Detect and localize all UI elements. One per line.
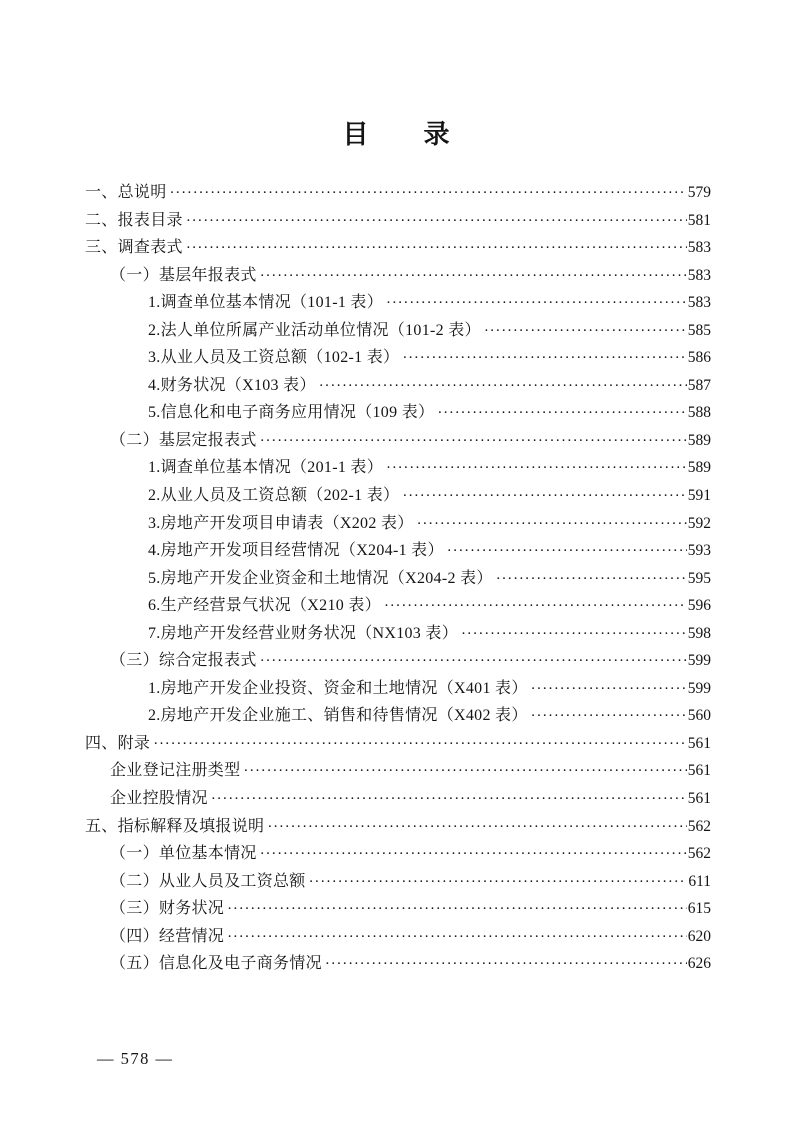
toc-entry-label: 五、指标解释及填报说明 [85,813,264,841]
toc-entry-label: 3.从业人员及工资总额（102-1 表） [148,344,399,372]
toc-leader-dots: ········································… [384,593,687,621]
toc-entry: 2.法人单位所属产业活动单位情况（101-2 表）···············… [85,317,711,345]
toc-entry: 四、附录····································… [85,730,711,758]
toc-entry: 一、总说明···································… [85,179,711,207]
toc-entry-page: 579 [688,179,711,207]
toc-entry-label: （五）信息化及电子商务情况 [110,950,322,978]
toc-leader-dots: ········································… [227,924,687,952]
toc-entry-label: （二）基层定报表式 [110,427,257,455]
toc-leader-dots: ········································… [260,428,687,456]
toc-leader-dots: ········································… [531,703,687,731]
toc-entry-label: 2.法人单位所属产业活动单位情况（101-2 表） [148,317,481,345]
page-title: 目 录 [0,114,793,151]
toc-leader-dots: ········································… [496,566,687,594]
toc-list: 一、总说明···································… [85,179,711,978]
toc-leader-dots: ········································… [260,648,687,676]
toc-entry-page: 626 [688,950,711,978]
toc-entry: 3.从业人员及工资总额（102-1 表）····················… [85,344,711,372]
toc-entry-page: 591 [688,482,711,510]
toc-entry-page: 587 [688,372,711,400]
toc-leader-dots: ········································… [447,538,687,566]
toc-leader-dots: ········································… [309,869,688,897]
toc-entry-page: 561 [688,730,711,758]
toc-entry-page: 589 [688,427,711,455]
toc-entry: 企业控股情况··································… [85,785,711,813]
toc-entry-label: 6.生产经营景气状况（X210 表） [148,592,381,620]
toc-entry-label: 一、总说明 [85,179,167,207]
toc-leader-dots: ········································… [417,511,687,539]
toc-entry-page: 611 [688,868,711,896]
toc-entry: 5.信息化和电子商务应用情况（109 表）···················… [85,399,711,427]
toc-entry-label: 5.房地产开发企业资金和土地情况（X204-2 表） [148,565,493,593]
toc-leader-dots: ········································… [186,208,687,236]
toc-entry: 4.财务状况（X103 表）··························… [85,372,711,400]
toc-entry-label: 4.财务状况（X103 表） [148,372,316,400]
toc-leader-dots: ········································… [402,345,686,373]
toc-entry: （三）财务状况·································… [85,895,711,923]
toc-entry-page: 562 [688,840,711,868]
toc-leader-dots: ········································… [267,814,686,842]
toc-entry-label: 2.房地产开发企业施工、销售和待售情况（X402 表） [148,702,528,730]
toc-entry: （四）经营情况·································… [85,923,711,951]
toc-entry: （二）从业人员及工资总额····························… [85,868,711,896]
toc-entry-page: 595 [688,565,711,593]
toc-entry-label: 4.房地产开发项目经营情况（X204-1 表） [148,537,444,565]
toc-leader-dots: ········································… [227,896,687,924]
toc-entry-page: 585 [688,317,711,345]
toc-entry-page: 586 [688,344,711,372]
toc-leader-dots: ········································… [170,180,687,208]
toc-leader-dots: ········································… [153,731,687,759]
toc-entry: （五）信息化及电子商务情况···························… [85,950,711,978]
toc-entry: 6.生产经营景气状况（X210 表）······················… [85,592,711,620]
toc-leader-dots: ········································… [186,235,687,263]
toc-leader-dots: ········································… [211,786,687,814]
toc-leader-dots: ········································… [386,290,687,318]
toc-entry: 2.房地产开发企业施工、销售和待售情况（X402 表）·············… [85,702,711,730]
toc-entry-label: 三、调查表式 [85,234,183,262]
toc-entry-page: 588 [688,399,711,427]
toc-entry-label: 3.房地产开发项目申请表（X202 表） [148,510,414,538]
toc-entry: 2.从业人员及工资总额（202-1 表）····················… [85,482,711,510]
toc-entry: （一）单位基本情况·······························… [85,840,711,868]
toc-entry-page: 583 [688,289,711,317]
toc-leader-dots: ········································… [402,483,686,511]
toc-entry-page: 562 [688,813,711,841]
toc-entry-page: 593 [688,537,711,565]
toc-leader-dots: ········································… [260,841,687,869]
toc-entry: 二、报表目录··································… [85,207,711,235]
toc-entry-page: 615 [688,895,711,923]
toc-entry: （一）基层年报表式·······························… [85,262,711,290]
toc-entry: 4.房地产开发项目经营情况（X204-1 表）·················… [85,537,711,565]
toc-entry-label: 5.信息化和电子商务应用情况（109 表） [148,399,434,427]
toc-entry: 7.房地产开发经营业财务状况（NX103 表）·················… [85,620,711,648]
toc-entry-page: 596 [688,592,711,620]
toc-entry-label: （一）单位基本情况 [110,840,257,868]
toc-leader-dots: ········································… [386,455,687,483]
toc-entry: 1.调查单位基本情况（201-1 表）·····················… [85,454,711,482]
toc-entry-page: 583 [688,234,711,262]
toc-entry-page: 561 [688,757,711,785]
toc-leader-dots: ········································… [260,263,687,291]
toc-leader-dots: ········································… [531,676,687,704]
toc-entry-label: 1.房地产开发企业投资、资金和土地情况（X401 表） [148,675,528,703]
toc-entry-label: 企业控股情况 [110,785,208,813]
toc-leader-dots: ········································… [243,758,686,786]
toc-entry-label: （一）基层年报表式 [110,262,257,290]
toc-entry-label: （三）综合定报表式 [110,647,257,675]
toc-entry-label: 四、附录 [85,730,150,758]
toc-leader-dots: ········································… [461,621,687,649]
toc-entry: 五、指标解释及填报说明·····························… [85,813,711,841]
toc-entry-label: 7.房地产开发经营业财务状况（NX103 表） [148,620,458,648]
toc-entry-page: 560 [688,702,711,730]
toc-entry-page: 581 [688,207,711,235]
toc-entry-page: 599 [688,647,711,675]
toc-leader-dots: ········································… [484,318,687,346]
toc-entry-label: 二、报表目录 [85,207,183,235]
toc-entry-page: 589 [688,454,711,482]
toc-entry-label: 1.调查单位基本情况（101-1 表） [148,289,383,317]
toc-entry-page: 620 [688,923,711,951]
toc-entry: （二）基层定报表式·······························… [85,427,711,455]
document-page: { "page": { "title": "目 录", "footer": "—… [0,0,793,1122]
toc-leader-dots: ········································… [325,951,687,979]
footer-page-number: — 578 — [97,1049,174,1069]
toc-entry-page: 599 [688,675,711,703]
toc-entry-label: （三）财务状况 [110,895,224,923]
toc-entry: 1.房地产开发企业投资、资金和土地情况（X401 表）·············… [85,675,711,703]
toc-entry: 1.调查单位基本情况（101-1 表）·····················… [85,289,711,317]
toc-entry: （三）综合定报表式·······························… [85,647,711,675]
toc-leader-dots: ········································… [437,400,686,428]
toc-entry-label: （二）从业人员及工资总额 [110,868,306,896]
toc-entry-label: （四）经营情况 [110,923,224,951]
toc-entry-page: 561 [688,785,711,813]
toc-entry-label: 企业登记注册类型 [110,757,240,785]
toc-entry: 5.房地产开发企业资金和土地情况（X204-2 表）··············… [85,565,711,593]
toc-entry: 企业登记注册类型································… [85,757,711,785]
toc-entry: 三、调查表式··································… [85,234,711,262]
toc-entry-page: 598 [688,620,711,648]
toc-entry-page: 583 [688,262,711,290]
toc-entry-label: 2.从业人员及工资总额（202-1 表） [148,482,399,510]
toc-leader-dots: ········································… [319,373,687,401]
toc-entry: 3.房地产开发项目申请表（X202 表）····················… [85,510,711,538]
toc-entry-label: 1.调查单位基本情况（201-1 表） [148,454,383,482]
toc-entry-page: 592 [688,510,711,538]
